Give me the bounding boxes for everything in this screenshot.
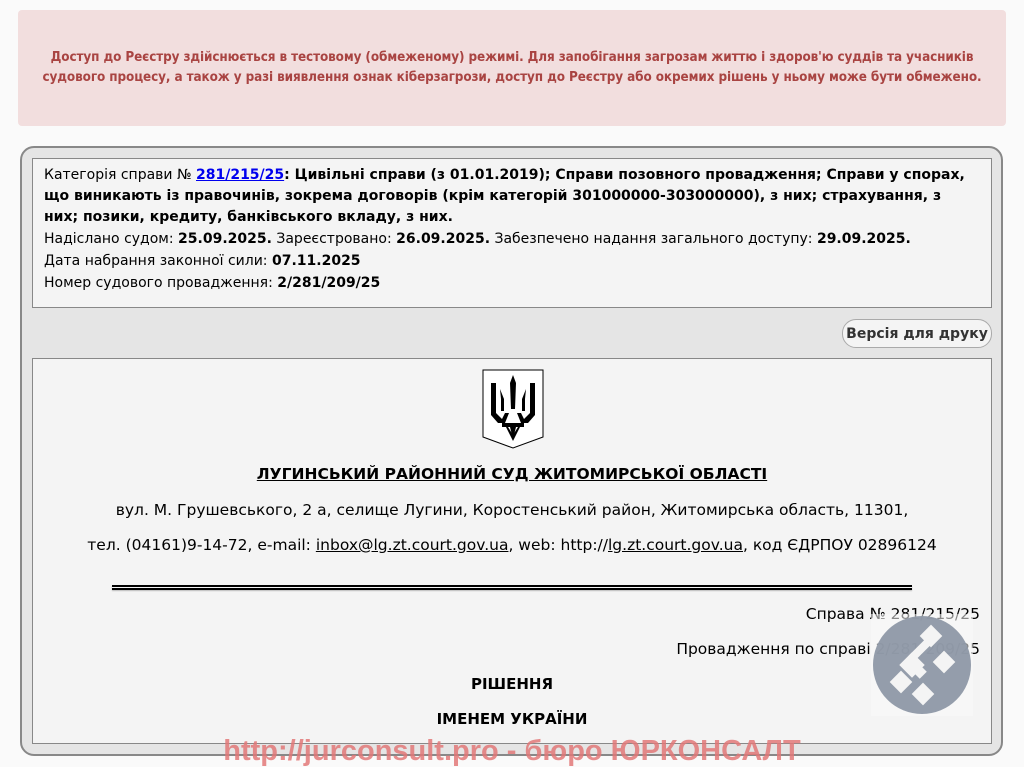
proceeding-number-row: Номер судового провадження: 2/281/209/25	[44, 273, 980, 294]
court-contacts: тел. (04161)9-14-72, e-mail: inbox@lg.zt…	[33, 536, 991, 554]
court-email-link[interactable]: inbox@lg.zt.court.gov.ua	[316, 536, 509, 554]
print-version-button[interactable]: Версія для друку	[842, 319, 992, 348]
sent-date: 25.09.2025.	[178, 231, 272, 247]
case-category: Категорія справи № 281/215/25: Цивільні …	[44, 165, 980, 228]
effective-date-row: Дата набрання законної сили: 07.11.2025	[44, 251, 980, 272]
decision-document: ЛУГИНСЬКИЙ РАЙОННИЙ СУД ЖИТОМИРСЬКОЇ ОБЛ…	[32, 358, 992, 744]
proceeding-number: 2/281/209/25	[277, 275, 380, 291]
registered-date: 26.09.2025.	[396, 231, 490, 247]
watermark-text: http://jurconsult.pro - бюро ЮРКОНСАЛТ	[0, 735, 1024, 767]
decision-title: РІШЕННЯ	[33, 675, 991, 693]
court-web-link[interactable]: lg.zt.court.gov.ua	[608, 536, 743, 554]
case-dates: Надіслано судом: 25.09.2025. Зареєстрова…	[44, 229, 980, 250]
effective-date: 07.11.2025	[272, 253, 361, 269]
court-name: ЛУГИНСЬКИЙ РАЙОННИЙ СУД ЖИТОМИРСЬКОЇ ОБЛ…	[33, 465, 991, 483]
court-address: вул. М. Грушевського, 2 а, селище Лугини…	[33, 501, 991, 519]
access-notice-banner: Доступ до Реєстру здійснюється в тестово…	[18, 10, 1006, 126]
access-notice-text: Доступ до Реєстру здійснюється в тестово…	[34, 48, 990, 88]
case-number-link[interactable]: 281/215/25	[196, 167, 284, 183]
case-info-panel: Категорія справи № 281/215/25: Цивільні …	[32, 158, 992, 308]
header-divider	[112, 585, 912, 590]
puzzle-logo-icon	[871, 614, 973, 716]
public-access-date: 29.09.2025.	[817, 231, 911, 247]
ukraine-trident-emblem-icon	[482, 369, 544, 449]
in-name-of-ukraine: ІМЕНЕМ УКРАЇНИ	[33, 710, 991, 728]
